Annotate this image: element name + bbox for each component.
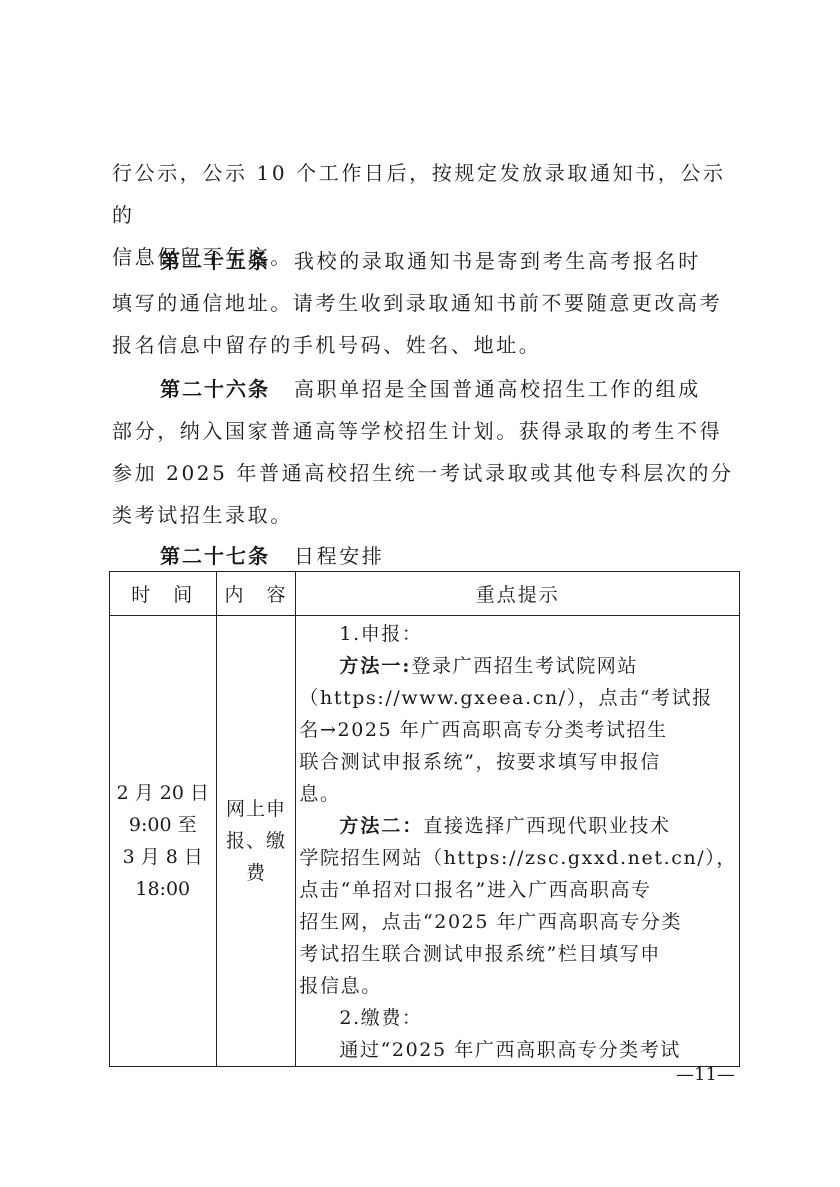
text-line: 参加 2025 年普通高校招生统一考试录取或其他专科层次的分	[112, 452, 740, 494]
tips-line: 方法一:登录广西招生考试院网站	[299, 650, 737, 682]
table-row: 2 月 20 日 9:00 至 3 月 8 日 18:00 网上申 报、缴费 1…	[110, 616, 740, 1067]
table-header-row: 时 间 内 容 重点提示	[110, 572, 740, 616]
content-line: 网上申	[217, 793, 296, 825]
tips-line: 通过“2025 年广西高职高专分类考试	[299, 1034, 737, 1066]
tips-text: 登录广西招生考试院网站	[411, 655, 638, 677]
header-time: 时 间	[110, 572, 217, 616]
tips-line: 名→2025 年广西高职高专分类考试招生	[299, 714, 737, 746]
text-line: 行公示，公示 10 个工作日后，按规定发放录取通知书，公示的	[112, 152, 740, 236]
time-line: 18:00	[110, 873, 216, 905]
time-cell: 2 月 20 日 9:00 至 3 月 8 日 18:00	[110, 616, 217, 1067]
header-tips: 重点提示	[296, 572, 740, 616]
article-heading: 第二十七条	[160, 544, 270, 568]
tips-line: 点击“单招对口报名”进入广西高职高专	[299, 874, 737, 906]
content-line: 报、缴费	[217, 825, 296, 889]
tips-text: 直接选择广西现代职业技术	[423, 815, 670, 837]
tips-line: 联合测试申报系统”，按要求填写申报信	[299, 746, 737, 778]
method-two-label: 方法二：	[339, 815, 423, 837]
time-line: 2 月 20 日	[110, 777, 216, 809]
article-26: 第二十六条高职单招是全国普通高校招生工作的组成 部分，纳入国家普通高等学校招生计…	[112, 368, 740, 536]
tips-line: 学院招生网站（https://zsc.gxxd.net.cn/），	[299, 842, 737, 874]
text-line: 我校的录取通知书是寄到考生高考报名时	[294, 249, 701, 273]
tips-line: 方法二：直接选择广西现代职业技术	[299, 810, 737, 842]
tips-line: 息。	[299, 778, 737, 810]
time-line: 9:00 至	[110, 809, 216, 841]
tips-line: 招生网，点击“2025 年广西高职高专分类	[299, 906, 737, 938]
tips-cell: 1.申报： 方法一:登录广西招生考试院网站 （https://www.gxeea…	[296, 616, 740, 1067]
text-line: 日程安排	[294, 544, 384, 568]
tips-line: （https://www.gxeea.cn/），点击“考试报	[299, 682, 737, 714]
page-number: —11—	[676, 1064, 735, 1085]
tips-line: 报信息。	[299, 970, 737, 1002]
method-one-label: 方法一:	[339, 655, 411, 677]
header-content: 内 容	[216, 572, 296, 616]
tips-line: 1.申报：	[299, 618, 737, 650]
time-line: 3 月 8 日	[110, 841, 216, 873]
text-line: 填写的通信地址。请考生收到录取通知书前不要随意更改高考	[112, 282, 740, 324]
content-cell: 网上申 报、缴费	[216, 616, 296, 1067]
text-line: 类考试招生录取。	[112, 494, 740, 536]
article-heading: 第二十五条	[160, 249, 270, 273]
schedule-table: 时 间 内 容 重点提示 2 月 20 日 9:00 至 3 月 8 日 18:…	[109, 571, 740, 1067]
tips-line: 2.缴费：	[299, 1002, 737, 1034]
text-line: 部分，纳入国家普通高等学校招生计划。获得录取的考生不得	[112, 410, 740, 452]
text-line: 报名信息中留存的手机号码、姓名、地址。	[112, 324, 740, 366]
text-line: 高职单招是全国普通高校招生工作的组成	[294, 377, 701, 401]
tips-line: 考试招生联合测试申报系统”栏目填写申	[299, 938, 737, 970]
article-heading: 第二十六条	[160, 377, 270, 401]
article-25: 第二十五条我校的录取通知书是寄到考生高考报名时 填写的通信地址。请考生收到录取通…	[112, 240, 740, 366]
